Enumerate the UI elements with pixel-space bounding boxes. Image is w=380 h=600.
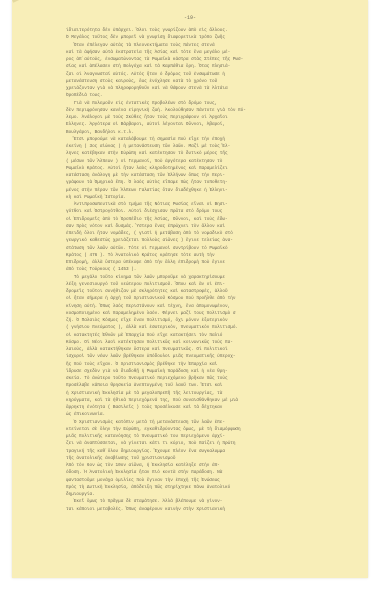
text-line: όδοση. Ἡ Ἀνατολικὴ Ἐκκλησία ἦταν πιὸ κον…: [66, 469, 338, 476]
text-line: Ἐκεῖ ὅμως τὸ πρᾶγμα δὲ σταμάτησε. Ἀλλὰ β…: [66, 498, 338, 505]
text-line: Κράτος ( 476 ). Τὸ Ἀνατολικὸ Κράτος κράτ…: [66, 252, 338, 259]
text-line: δρομεῖς τοῦτοι συνήθιζαν μὲ σκληρότητες …: [66, 288, 338, 295]
text-line: ρος ἀπ᾿αὐτούς, ἐνσωματώνοντας τὰ Ρωμαϊκὰ…: [66, 56, 338, 63]
page-number: -19-: [12, 15, 368, 21]
text-line: Ὁ Χριστιανισμὸς κατόπιν μετὰ τὴ μετανάστ…: [66, 419, 338, 426]
text-line: ἰσχυροὶ τῶν νέων λαῶν βρέθηκαν ὑπόδουλοι…: [66, 353, 338, 360]
text-line: οἱ ἦταν σήμερα ἡ ἀρχὴ τοῦ Χριστιανικοῦ Κ…: [66, 295, 338, 302]
text-line: γότθοι καὶ Ὀστρογότθοι. Αὐτοὶ διέσχισαν …: [66, 208, 338, 215]
text-line: κηρύγματα, καὶ τὰ ἠθικὰ περιεχόμενά της,…: [66, 397, 338, 404]
text-line: λεμο. Ἀνάλογοι μὲ τοὺς Σκύθες ἦταν τοὺς …: [66, 114, 338, 121]
text-line: σκεία. Τὸ ἀνώτερο τοῦτο πνευματικὸ περιε…: [66, 375, 338, 382]
text-line: οἱ κατακτητές Ἐθνῶν μὲ Ἐπαρχία ποὺ εἶχε …: [66, 332, 338, 339]
text-line: Ὅταν ἐπέλεγαν αὐτὰς τὰ πλεονεκτήματα τοὺ…: [66, 42, 338, 49]
text-line: ἐπειδὴ ὅλοι ἦταν νομάδες, ( γιατὶ ἡ μετά…: [66, 230, 338, 237]
text-line: Ἐπιδρομή, ἀλλὰ ὕστερα ὑπέκυψε ἀπὸ τὴν ἄλ…: [66, 259, 338, 266]
text-line: λαιούς, ἀλλὰ κατακτήθηκαν ὕστερα καὶ πνε…: [66, 346, 338, 353]
text-line: δὲν περιφρόνησαν κανένα εἰρηνικὴ ζωή. Ἀκ…: [66, 107, 338, 114]
text-line: μιᾶς πολιτικῆς κατανόησης τὸ πνευματικό …: [66, 433, 338, 440]
text-line: τραγική τῆς καθ᾿ὅλου δημιουργίας. Ἔχουμε…: [66, 448, 338, 455]
text-line: ληνες κατέβηκαν στὴν Εὐρώπη καὶ κατέκτησ…: [66, 150, 338, 157]
text-line: Ἔτσι μπορούμε νὰ καταλάβουμε τὴ σημασία …: [66, 136, 338, 143]
text-line: καὶ τὰ ἀφήσαν αὐτὰ ἐκστρατεία τῆς Ἀσίας …: [66, 49, 338, 56]
text-line: Ἀντιπροσωπευτικὰ στὸ τμήμα τῆς Νότιας Ρω…: [66, 201, 338, 208]
text-line: ( μέσων τῶν Ἄλπεων ) οἱ Γερμανοί, ποὺ ἀρ…: [66, 158, 338, 165]
text-line: ἄρρηκτη ἑνότητα ( Βασιλεῖς ) τοὺς προσέλ…: [66, 404, 338, 411]
text-line: ἡ Χριστιανικὴ Ἐκκλησία μὲ τὰ μεγαλοπρεπῆ…: [66, 390, 338, 397]
text-line: προσέλαβε κάποια θρησκεία ἀνεπτυγμένη το…: [66, 382, 338, 389]
text-line: κοσμοποιημένο καὶ παραμελημένο λαόν. Φέρ…: [66, 310, 338, 317]
text-line: ὡς ἐπικοινωνία.: [66, 411, 338, 418]
text-line: ἐκείνη ( 3ος αἰώνας ) ἡ μετανάστευση τῶν…: [66, 143, 338, 150]
text-line: δημιουργία.: [66, 491, 338, 498]
text-line: Βουλγάροι, Βανδήλοι κ.τ.λ.: [66, 129, 338, 136]
paper-sheet: -19- ἰδιαιτερότητα δὲν ὑπάρχει. Ὅλοι τοὺ…: [12, 0, 368, 578]
text-line: Ρωμαϊκὸ Κράτος. Αὐτοὶ ἦταν λαὸς κληροδοτ…: [66, 165, 338, 172]
typewritten-body: ἰδιαιτερότητα δὲν ὑπάρχει. Ὅλοι τοὺς γνω…: [66, 27, 338, 513]
text-line: σίας καὶ ἀπέλασεν στὴ Βολγόχα καὶ τὰ Καρ…: [66, 63, 338, 70]
text-line: κίνηση αὐτή. Ὅπως λαὸς περιστάνουν καὶ τ…: [66, 303, 338, 310]
text-line: ἵδρυσε σχεδὸν γιὰ νὰ διαδοθῇ ἡ Ρωμαϊκὴ π…: [66, 368, 338, 375]
text-line: Ἀπὸ τὸν 6ον ὡς τὸν 10ον αἰῶνα, ἡ Ἐκκλησί…: [66, 462, 338, 469]
text-line: φανταστοῦμε μονάχα ὁμιλίες ποὺ ἔγιναν τὴ…: [66, 477, 338, 484]
text-line: ζαι οἱ Ἀναγνωσταί αὐτός. Αὐτὸς ἦταν ὁ δρ…: [66, 71, 338, 78]
text-line: κὴ καὶ Ρωμαϊκὴ Ἱστορία.: [66, 194, 338, 201]
text-line: ῆς ποὺ τοὺς εἶχαν. Ὁ Χριστιανισμὸς βρέθη…: [66, 361, 338, 368]
text-line: μετανάστευση στοὺς καιρούς, ἕως ἐνόχλησε…: [66, 78, 338, 85]
folded-corner: [12, 0, 33, 3]
text-line: ται κάποιοι μεταβολές. Ὅπως ἀναφέρουν κα…: [66, 506, 338, 513]
text-line: ζή. Ὁ Παλαιὸς Κόσμος εἶχε ἕναν πολιτισμό…: [66, 317, 338, 324]
text-line: οἱ Ἐπιδρομεῖς ἀπὸ τὸ Ὀροπέδιο τῆς Ἀσίας,…: [66, 216, 338, 223]
text-line: Κόσμο. Οἱ Νέοι λαοὶ κατέκτησαν πολιτικῶς…: [66, 339, 338, 346]
text-line: σαν πρὸς νότον καὶ δυσμάς. Ὕστερα ἕνας ἐ…: [66, 223, 338, 230]
text-line: κατάσταση ἀνάλογη μὲ τὴν κατάσταση τῶν Ἑ…: [66, 172, 338, 179]
text-line: Τὸ μεγάλο τοῦτο κίνημα τῶν λαῶν μποροῦμε…: [66, 274, 338, 281]
text-line: χρειάζονταν γιὰ νὰ πληροφορηθοῦν καὶ νὰ …: [66, 85, 338, 92]
text-line: Ὁ Μεγάλος τοῦτος δὲν μπορεῖ νὰ γνωρίσῃ δ…: [66, 34, 338, 41]
text-line: λέξη γενεσιουργὸ τοῦ νεώτερου πολιτισμοῦ…: [66, 281, 338, 288]
text-line: γεωργικὸ καθεστὼς χρειάζεται πολλοὺς αἰῶ…: [66, 237, 338, 244]
text-line: ἀπὸ τοὺς Τούρκους ( 1453 ).: [66, 266, 338, 273]
text-line: ἰδιαιτερότητα δὲν ὑπάρχει. Ὅλοι τοὺς γνω…: [66, 27, 338, 34]
text-line: μένος στὴν πέραν τῶν Ἄλπεων Γαλατίας ὅτα…: [66, 187, 338, 194]
text-line: κτείνεται σὲ ὅλην τὴν Εὐρώπη, εγκαθιδρύο…: [66, 426, 338, 433]
text-line: Ὀροπέδιά τους.: [66, 92, 338, 99]
text-line: γράφουν τὰ Ὁμηρικὰ ἔπη. Ὁ λαὸς αὐτὸς εἶπ…: [66, 179, 338, 186]
text-line: τῆς ἀνατολικῆς ἀναβίωσης τοῦ χριστιανισμ…: [66, 455, 338, 462]
text-line: ( γνήσιου πνεύματος ), ἀλλὰ καὶ ἐσωτερικ…: [66, 324, 338, 331]
text-line: στάτωση τῶν λαῶν αὐτῶν. Τότε οἱ Γερμανοὶ…: [66, 245, 338, 252]
text-line: Γιὰ νὰ πολεμοῦν εἰς ἐντατικὲς προβολέων …: [66, 100, 338, 107]
text-line: ζει νὰ ἀναπτύσσεται, νὰ γίνεται κάτι τι …: [66, 440, 338, 447]
text-line: πρὸς τὴ Δυτικὴ Ἐκκλησία, ἀπόδειξη πῶς στ…: [66, 484, 338, 491]
text-line: Ἕλληνες. Ἀργότερα οἱ Βάρβαροι, αὐτοὶ λέγ…: [66, 121, 338, 128]
